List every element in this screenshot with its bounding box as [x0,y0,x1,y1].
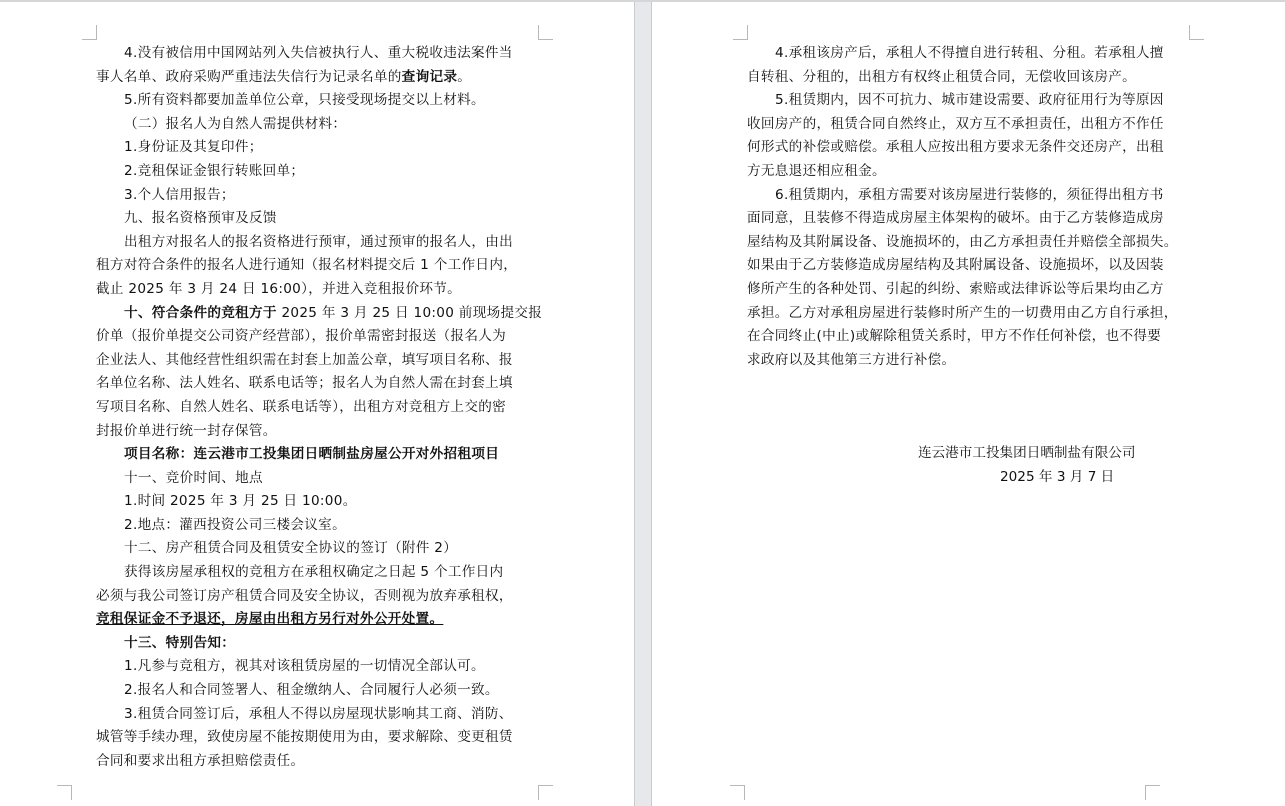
text-line: 出租方对报名人的报名资格进行预审，通过预审的报名人，由出 [96,231,542,255]
margin-corner-mark [538,785,553,800]
text-line: 4.没有被信用中国网站列入失信被执行人、重大税收违法案件当 [96,42,542,66]
text-line: 承担。乙方对承租房屋进行装修时所产生的一切费用由乙方自行承担， [747,302,1193,326]
text-run: 事人名单、政府采购严重违法失信行为记录名单的 [96,69,402,85]
text-line: 写项目名称、自然人姓名、联系电话等），出租方对竞租方上交的密 [96,396,542,420]
page-body-text: 4.承租该房产后，承租人不得擅自进行转租、分租。若承租人擅自转租、分租的，出租方… [747,42,1193,372]
text-line: 在合同终止(中止)或解除租赁关系时，甲方不作任何补偿，也不得要 [747,325,1193,349]
text-run: 2025 年 3 月 25 日 10:00 前现场提交报 [277,305,542,321]
text-line: 自转租、分租的，出租方有权终止租赁合同，无偿收回该房产。 [747,66,1193,90]
text-line: 2.地点：灌西投资公司三楼会议室。 [96,514,542,538]
text-run: 十、符合条件的竞租方于 [124,305,277,321]
text-line: 修所产生的各种处罚、引起的纠纷、索赔或法律诉讼等后果均由乙方 [747,278,1193,302]
text-line: 九、报名资格预审及反馈 [96,207,542,231]
text-line: 截止 2025 年 3 月 24 日 16:00），并进入竞租报价环节。 [96,278,542,302]
text-line: 十三、特别告知： [96,632,542,656]
text-run: 。 [457,69,471,85]
text-line: 5.租赁期内，因不可抗力、城市建设需要、政府征用行为等原因 [747,89,1193,113]
text-line: 5.所有资料都要加盖单位公章，只接受现场提交以上材料。 [96,89,542,113]
text-line: 价单（报价单提交公司资产经营部），报价单需密封报送（报名人为 [96,325,542,349]
document-page-left: 4.没有被信用中国网站列入失信被执行人、重大税收违法案件当事人名单、政府采购严重… [0,2,635,806]
text-line: 竞租保证金不予退还，房屋由出租方另行对外公开处置。 [96,608,542,632]
signature-date: 2025 年 3 月 7 日 [1000,466,1114,490]
text-line: 何形式的补偿或赔偿。承租人应按出租方要求无条件交还房产，出租 [747,136,1193,160]
text-line: 企业法人、其他经营性组织需在封套上加盖公章，填写项目名称、报 [96,349,542,373]
text-line: 3.租赁合同签订后，承租人不得以房屋现状影响其工商、消防、 [96,703,542,727]
text-line: 封报价单进行统一封存保管。 [96,420,542,444]
margin-corner-mark [57,785,72,800]
text-line: 事人名单、政府采购严重违法失信行为记录名单的查询记录。 [96,66,542,90]
text-line: 十二、房产租赁合同及租赁安全协议的签订（附件 2） [96,537,542,561]
text-line: 合同和要求出租方承担赔偿责任。 [96,750,542,774]
margin-corner-mark [1189,25,1204,40]
page-body-text: 4.没有被信用中国网站列入失信被执行人、重大税收违法案件当事人名单、政府采购严重… [96,42,542,773]
text-line: 收回房产的，租赁合同自然终止，双方互不承担责任，出租方不作任 [747,113,1193,137]
margin-corner-mark [1145,785,1160,800]
text-line: 租方对符合条件的报名人进行通知（报名材料提交后 1 个工作日内， [96,254,542,278]
text-line: 必须与我公司签订房产租赁合同及安全协议，否则视为放弃承租权， [96,585,542,609]
margin-corner-mark [730,785,745,800]
text-line: 2.报名人和合同签署人、租金缴纳人、合同履行人必须一致。 [96,679,542,703]
margin-corner-mark [538,25,553,40]
text-line: 获得该房屋承租权的竞租方在承租权确定之日起 5 个工作日内 [96,561,542,585]
text-line: 1.时间 2025 年 3 月 25 日 10:00。 [96,490,542,514]
text-line: 十、符合条件的竞租方于 2025 年 3 月 25 日 10:00 前现场提交报 [96,302,542,326]
text-line: 屋结构及其附属设备、设施损坏的，由乙方承担责任并赔偿全部损失。 [747,231,1193,255]
text-line: 如果由于乙方装修造成房屋结构及其附属设备、设施损坏，以及因装 [747,254,1193,278]
document-page-right: 4.承租该房产后，承租人不得擅自进行转租、分租。若承租人擅自转租、分租的，出租方… [651,2,1285,806]
text-line: 面同意，且装修不得造成房屋主体架构的破坏。由于乙方装修造成房 [747,207,1193,231]
margin-corner-mark [82,25,97,40]
text-run: 查询记录 [402,69,458,85]
text-line: 1.凡参与竞租方，视其对该租赁房屋的一切情况全部认可。 [96,655,542,679]
text-line: 城管等手续办理，致使房屋不能按期使用为由，要求解除、变更租赁 [96,726,542,750]
text-line: 求政府以及其他第三方进行补偿。 [747,349,1193,373]
text-line: 项目名称：连云港市工投集团日晒制盐房屋公开对外招租项目 [96,443,542,467]
margin-corner-mark [733,25,748,40]
text-line: 名单位名称、法人姓名、联系电话等；报名人为自然人需在封套上填 [96,372,542,396]
text-line: （二）报名人为自然人需提供材料： [96,113,542,137]
signature-company: 连云港市工投集团日晒制盐有限公司 [918,442,1136,466]
text-line: 十一、竞价时间、地点 [96,467,542,491]
text-line: 6.租赁期内，承租方需要对该房屋进行装修的，须征得出租方书 [747,184,1193,208]
text-line: 1.身份证及其复印件； [96,136,542,160]
text-line: 方无息退还相应租金。 [747,160,1193,184]
text-line: 2.竞租保证金银行转账回单； [96,160,542,184]
text-line: 3.个人信用报告； [96,184,542,208]
text-line: 4.承租该房产后，承租人不得擅自进行转租、分租。若承租人擅 [747,42,1193,66]
